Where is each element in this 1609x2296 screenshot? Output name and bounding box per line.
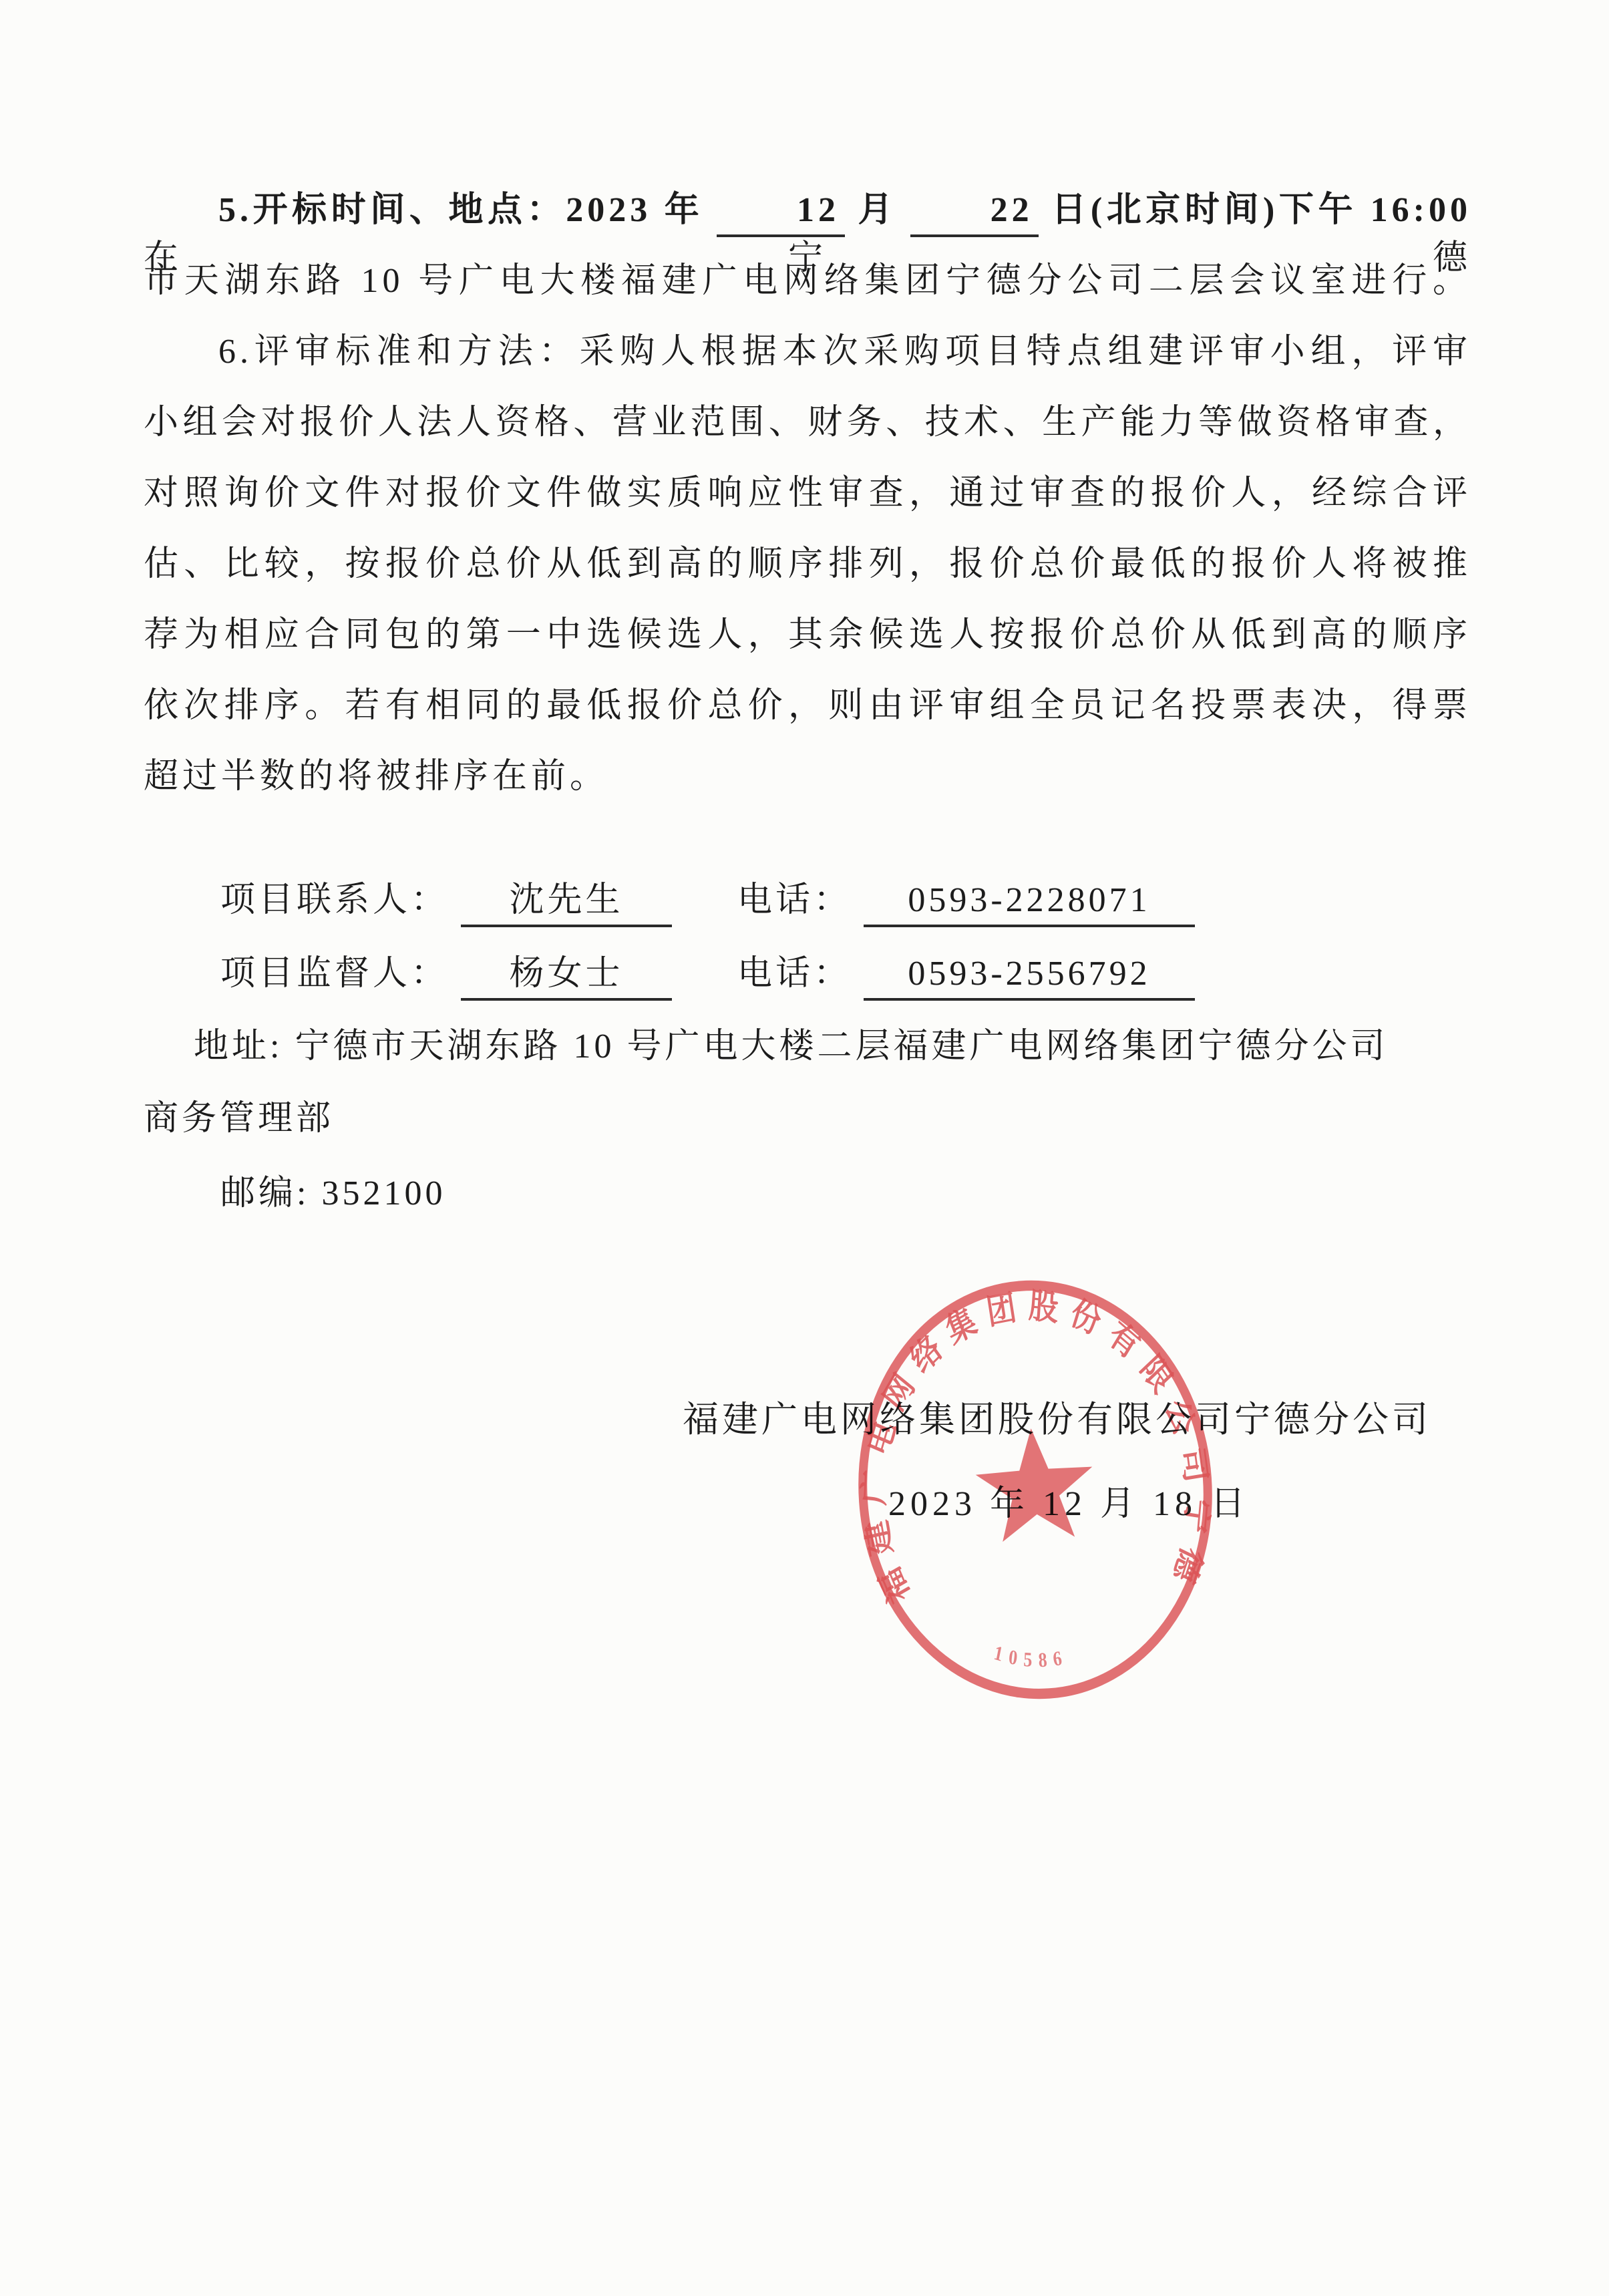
phone-value: 0593-2556792 xyxy=(864,953,1195,1001)
clause6-line-7: 超过半数的将被排序在前。 xyxy=(144,756,1471,798)
seal-code: 10586 xyxy=(991,1637,1070,1675)
contact-name-value: 沈先生 xyxy=(461,879,672,927)
contact-row-supervisor: 项目监督人： 杨女士 电话： 0593-2556792 xyxy=(220,953,1195,1001)
address-line-2: 商务管理部 xyxy=(144,1098,334,1140)
svg-text:10586: 10586 xyxy=(991,1637,1070,1675)
phone-label: 电话： xyxy=(737,881,852,919)
clause6-line-6: 依次排序。若有相同的最低报价总价，则由评审组全员记名投票表决，得票 xyxy=(144,685,1471,727)
day-label: 日(北京时间)下午 16:00 xyxy=(1051,191,1471,229)
clause6-line-3: 对照询价文件对报价文件做实质响应性审查，通过审查的报价人，经综合评 xyxy=(144,472,1471,515)
clause5-line-2: 市天湖东路 10 号广电大楼福建广电网络集团宁德分公司二层会议室进行。 xyxy=(144,260,1471,303)
month-blank: 12 xyxy=(717,189,845,237)
contact-label: 项目监督人： xyxy=(220,955,449,993)
seal-star-icon xyxy=(972,1424,1097,1543)
contact-name-value: 杨女士 xyxy=(461,953,672,1001)
clause5-heading: 5.开标时间、地点：2023 年 xyxy=(218,191,703,229)
postal-code-line: 邮编: 352100 xyxy=(220,1172,445,1215)
month-label: 月 xyxy=(858,191,898,229)
address-line-1: 地址: 宁德市天湖东路 10 号广电大楼二层福建广电网络集团宁德分公司 xyxy=(194,1025,1388,1068)
phone-value: 0593-2228071 xyxy=(864,879,1195,927)
clause6-line-2: 小组会对报价人法人资格、营业范围、财务、技术、生产能力等做资格审查， xyxy=(144,401,1471,444)
contact-row-liaison: 项目联系人： 沈先生 电话： 0593-2228071 xyxy=(220,879,1195,927)
clause6-line-1: 6.评审标准和方法：采购人根据本次采购项目特点组建评审小组，评审 xyxy=(144,331,1471,373)
day-blank: 22 xyxy=(910,189,1039,237)
phone-label: 电话： xyxy=(737,955,852,993)
official-seal: 福建广电网络集团股份有限公司宁德分公司 10586 xyxy=(828,1258,1242,1722)
clause6-line-5: 荐为相应合同包的第一中选候选人，其余候选人按报价总价从低到高的顺序 xyxy=(144,614,1471,657)
contact-label: 项目联系人： xyxy=(220,881,449,919)
clause6-line-4: 估、比较，按报价总价从低到高的顺序排列，报价总价最低的报价人将被推 xyxy=(144,543,1471,586)
scanned-document-page: 5.开标时间、地点：2023 年 12 月 22 日(北京时间)下午 16:00… xyxy=(0,0,1609,2296)
